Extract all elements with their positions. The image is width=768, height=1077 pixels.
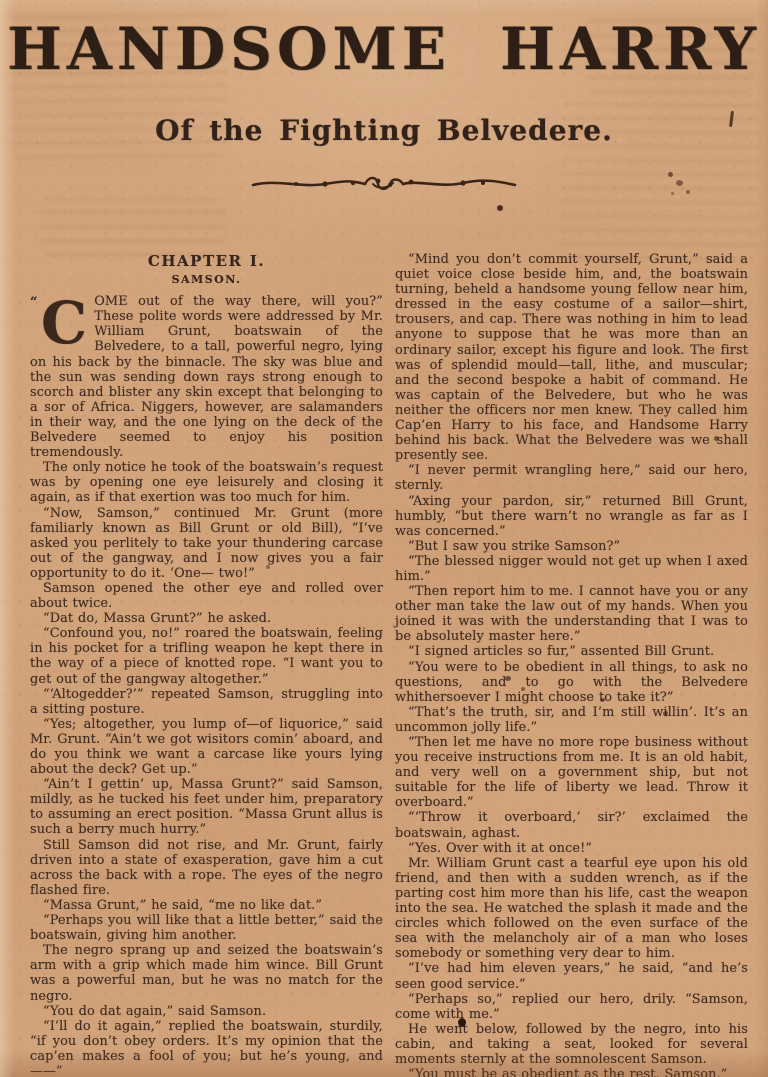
paragraph: “But I saw you strike Samson?” xyxy=(395,539,748,554)
paragraph: “I never permit wrangling here,” said ou… xyxy=(395,463,748,493)
paragraph: “That’s the truth, sir, and I’m still wi… xyxy=(395,705,748,735)
paragraph: “Then report him to me. I cannot have yo… xyxy=(395,584,748,644)
paragraph: “‘Altogedder?’” repeated Samson, struggl… xyxy=(30,687,383,717)
paragraph: “Perhaps you will like that a little bet… xyxy=(30,913,383,943)
paragraph: “Dat do, Massa Grunt?” he asked. xyxy=(30,611,383,626)
opening-quote: “ xyxy=(30,295,38,310)
paragraph: “‘Throw it overboard,’ sir?’ exclaimed t… xyxy=(395,810,748,840)
chapter-heading: CHAPTER I. xyxy=(30,254,383,269)
right-paragraphs: “Mind you don’t commit yourself, Grunt,”… xyxy=(395,252,748,1077)
paragraph: “Ain’t I gettin’ up, Massa Grunt?” said … xyxy=(30,777,383,837)
paragraph: “I’ve had him eleven years,” he said, “a… xyxy=(395,961,748,991)
paragraph: “I’ll do it again,” replied the boatswai… xyxy=(30,1019,383,1077)
ink-speck xyxy=(497,205,503,211)
paragraph: “Massa Grunt,” he said, “me no like dat.… xyxy=(30,898,383,913)
paragraph: Still Samson did not rise, and Mr. Grunt… xyxy=(30,838,383,898)
paragraph: Samson opened the other eye and rolled o… xyxy=(30,581,383,611)
decorative-divider xyxy=(249,172,519,194)
paragraph: “Axing your pardon, sir,” returned Bill … xyxy=(395,494,748,539)
paragraph: “Mind you don’t commit yourself, Grunt,”… xyxy=(395,252,748,463)
paragraph: “The blessed nigger would not get up whe… xyxy=(395,554,748,584)
page-subtitle: Of the Fighting Belvedere. xyxy=(0,114,768,147)
paragraph: “You were to be obedient in all things, … xyxy=(395,660,748,705)
drop-cap: C xyxy=(41,295,87,354)
novel-page: HANDSOME HARRY Of the Fighting Belvedere… xyxy=(0,0,768,1077)
paragraph: “Then let me have no more rope business … xyxy=(395,735,748,810)
paragraph: “Yes. Over with it at once!” xyxy=(395,841,748,856)
left-paragraphs: The only notice he took of the boatswain… xyxy=(30,460,383,1077)
page-title: HANDSOME HARRY xyxy=(0,0,768,83)
paragraph: “COME out of the way there, will you?” T… xyxy=(30,294,383,460)
right-column: “Mind you don’t commit yourself, Grunt,”… xyxy=(395,252,748,1077)
paragraph: “You must be as obedient as the rest, Sa… xyxy=(395,1067,748,1077)
paragraph: “You do dat again,” said Samson. xyxy=(30,1004,383,1019)
paragraph: Mr. William Grunt cast a tearful eye upo… xyxy=(395,856,748,962)
paragraph: The negro sprang up and seized the boats… xyxy=(30,943,383,1003)
chapter-subheading: SAMSON. xyxy=(30,272,383,287)
page-header: HANDSOME HARRY Of the Fighting Belvedere… xyxy=(0,0,768,194)
paragraph: “I signed articles so fur,” assented Bil… xyxy=(395,644,748,659)
paragraph: The only notice he took of the boatswain… xyxy=(30,460,383,505)
bleedthrough-smudge xyxy=(40,198,225,256)
story-columns: CHAPTER I. SAMSON. “COME out of the way … xyxy=(30,252,748,1077)
paragraph: “Now, Samson,” continued Mr. Grunt (more… xyxy=(30,506,383,581)
left-column: CHAPTER I. SAMSON. “COME out of the way … xyxy=(30,252,383,1077)
paragraph: “Yes; altogether, you lump of—of liquori… xyxy=(30,717,383,777)
paragraph: “Confound you, no!” roared the boatswain… xyxy=(30,626,383,686)
flourish-icon xyxy=(249,172,519,194)
paragraph: “Perhaps so,” replied our hero, drily. “… xyxy=(395,992,748,1022)
paragraph: He went below, followed by the negro, in… xyxy=(395,1022,748,1067)
